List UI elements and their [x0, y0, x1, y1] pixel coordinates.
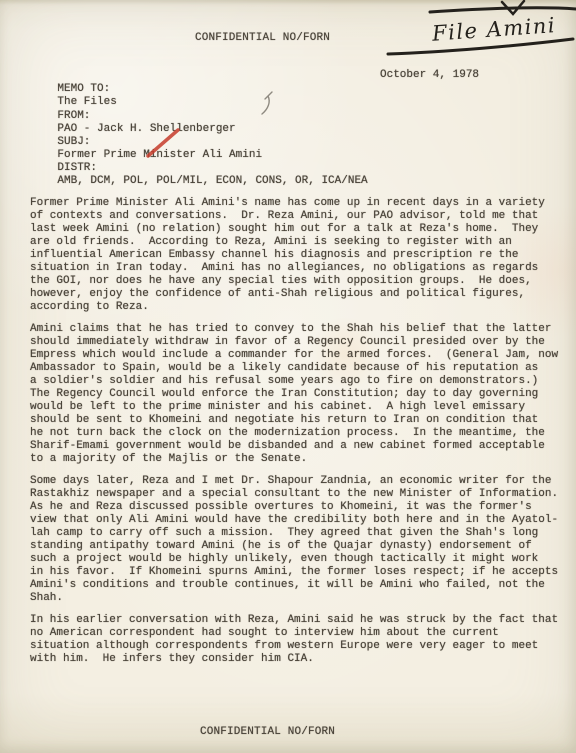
- handwritten-initials-mark: [255, 88, 281, 120]
- red-check-stroke: [148, 130, 178, 156]
- from-label: FROM:: [57, 110, 114, 123]
- distribution-label: DISTR:: [57, 162, 114, 175]
- body-paragraph-4: In his earlier conversation with Reza, A…: [30, 614, 572, 666]
- classification-header: CONFIDENTIAL NO/FORN: [195, 32, 330, 45]
- memo-document-page: CONFIDENTIAL NO/FORN File Amini MEMO TO:…: [0, 0, 576, 753]
- classification-footer: CONFIDENTIAL NO/FORN: [200, 726, 335, 739]
- memo-to-label: MEMO TO:: [57, 83, 114, 96]
- handwritten-note-text: File Amini: [430, 13, 557, 46]
- subject-label: SUBJ:: [57, 136, 114, 149]
- initials-stroke: [262, 92, 272, 114]
- red-check-mark: [140, 120, 200, 170]
- body-paragraph-1: Former Prime Minister Ali Amini's name h…: [30, 197, 572, 314]
- distribution-value: AMB, DCM, POL, POL/MIL, ECON, CONS, OR, …: [57, 175, 367, 187]
- handwritten-file-note: File Amini: [376, 0, 576, 62]
- memo-date: October 4, 1978: [380, 69, 479, 82]
- memo-body: Former Prime Minister Ali Amini's name h…: [30, 197, 572, 675]
- body-paragraph-3: Some days later, Reza and I met Dr. Shap…: [30, 475, 572, 605]
- body-paragraph-2: Amini claims that he has tried to convey…: [30, 323, 572, 466]
- handwritten-top-line: [430, 8, 576, 12]
